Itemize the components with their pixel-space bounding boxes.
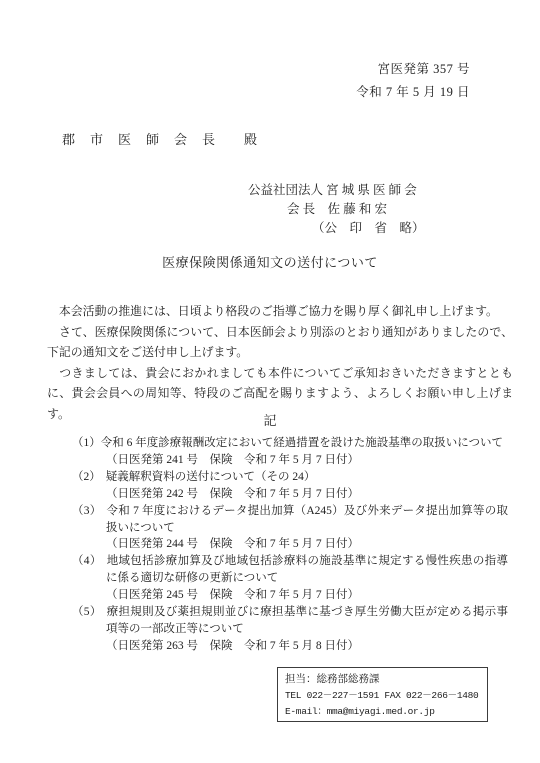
notice-item: （3）令和 7 年度におけるデータ提出加算（A245）及び外来データ提出加算等の… bbox=[72, 503, 508, 554]
notice-item: （5）療担規則及び薬担規則並びに療担基準に基づき厚生労働大臣が定める掲示事項等の… bbox=[72, 604, 508, 655]
body-paragraphs: 本会活動の推進には、日頃より格段のご指導ご協力を賜り厚く御礼申し上げます。 さて… bbox=[47, 301, 513, 424]
notice-item-text: 令和 6 年度診療報酬改定において経過措置を設けた施設基準の取扱いについて bbox=[101, 437, 503, 449]
notice-item: （1）令和 6 年度診療報酬改定において経過措置を設けた施設基準の取扱いについて… bbox=[72, 435, 508, 469]
contact-email: E-mail：mma@miyagi.med.or.jp bbox=[285, 704, 480, 720]
sender-president: 会 長 佐 藤 和 宏 bbox=[287, 200, 425, 219]
notice-item-number: （4） bbox=[72, 555, 102, 567]
notice-item-reference: （日医発第 245 号 保険 令和 7 年 5 月 7 日付） bbox=[72, 587, 508, 604]
notice-item-reference: （日医発第 242 号 保険 令和 7 年 5 月 7 日付） bbox=[72, 486, 508, 503]
paragraph-greeting: 本会活動の推進には、日頃より格段のご指導ご協力を賜り厚く御礼申し上げます。 bbox=[47, 301, 513, 322]
document-title: 医療保険関係通知文の送付について bbox=[0, 252, 540, 271]
notice-item-text: 地域包括診療加算及び地域包括診療料の施設基準に規定する慢性疾患の指導に係る適切な… bbox=[106, 555, 508, 584]
notice-item: （2）疑義解釈資料の送付について（その 24） （日医発第 242 号 保険 令… bbox=[72, 469, 508, 503]
notice-item-reference: （日医発第 263 号 保険 令和 7 年 5 月 8 日付） bbox=[72, 638, 508, 655]
sender-organization: 公益社団法人 宮 城 県 医 師 会 bbox=[248, 181, 425, 200]
notice-item-text: 令和 7 年度におけるデータ提出加算（A245）及び外来データ提出加算等の取扱い… bbox=[106, 505, 508, 534]
notice-item-text: 疑義解釈資料の送付について（その 24） bbox=[106, 471, 316, 483]
notice-item: （4）地域包括診療加算及び地域包括診療料の施設基準に規定する慢性疾患の指導に係る… bbox=[72, 553, 508, 604]
notice-item-title: （5）療担規則及び薬担規則並びに療担基準に基づき厚生労働大臣が定める掲示事項等の… bbox=[72, 604, 508, 638]
notice-item-number: （3） bbox=[72, 505, 101, 517]
notice-item-number: （1） bbox=[72, 437, 101, 449]
notice-item-title: （3）令和 7 年度におけるデータ提出加算（A245）及び外来データ提出加算等の… bbox=[72, 503, 508, 537]
notice-item-reference: （日医発第 244 号 保険 令和 7 年 5 月 7 日付） bbox=[72, 536, 508, 553]
paragraph-notification: さて、医療保険関係について、日本医師会より別添のとおり通知がありましたので、下記… bbox=[47, 322, 513, 363]
doc-number: 宮医発第 357 号 bbox=[356, 58, 470, 81]
contact-tel-fax: TEL 022－227－1591 FAX 022－266－1480 bbox=[285, 688, 480, 704]
notice-item-number: （2） bbox=[72, 471, 101, 483]
contact-box: 担当：総務部総務課 TEL 022－227－1591 FAX 022－266－1… bbox=[277, 667, 488, 722]
contact-department: 担当：総務部総務課 bbox=[285, 672, 480, 688]
letter-page: 宮医発第 357 号 令和 7 年 5 月 19 日 郡 市 医 師 会 長 殿… bbox=[0, 0, 540, 763]
notice-item-reference: （日医発第 241 号 保険 令和 7 年 5 月 7 日付） bbox=[72, 452, 508, 469]
record-marker: 記 bbox=[0, 410, 540, 429]
addressee: 郡 市 医 師 会 長 殿 bbox=[62, 129, 258, 148]
notice-list: （1）令和 6 年度診療報酬改定において経過措置を設けた施設基準の取扱いについて… bbox=[72, 435, 508, 655]
seal-omitted-note: （公 印 省 略） bbox=[312, 219, 425, 238]
doc-meta: 宮医発第 357 号 令和 7 年 5 月 19 日 bbox=[356, 58, 470, 104]
notice-item-title: （2）疑義解釈資料の送付について（その 24） bbox=[72, 469, 508, 486]
issue-date: 令和 7 年 5 月 19 日 bbox=[356, 81, 470, 104]
notice-item-title: （1）令和 6 年度診療報酬改定において経過措置を設けた施設基準の取扱いについて bbox=[72, 435, 508, 452]
notice-item-text: 療担規則及び薬担規則並びに療担基準に基づき厚生労働大臣が定める掲示事項等の一部改… bbox=[106, 606, 508, 635]
notice-item-title: （4）地域包括診療加算及び地域包括診療料の施設基準に規定する慢性疾患の指導に係る… bbox=[72, 553, 508, 587]
notice-item-number: （5） bbox=[72, 606, 102, 618]
sender-block: 公益社団法人 宮 城 県 医 師 会 会 長 佐 藤 和 宏 （公 印 省 略） bbox=[248, 181, 425, 238]
